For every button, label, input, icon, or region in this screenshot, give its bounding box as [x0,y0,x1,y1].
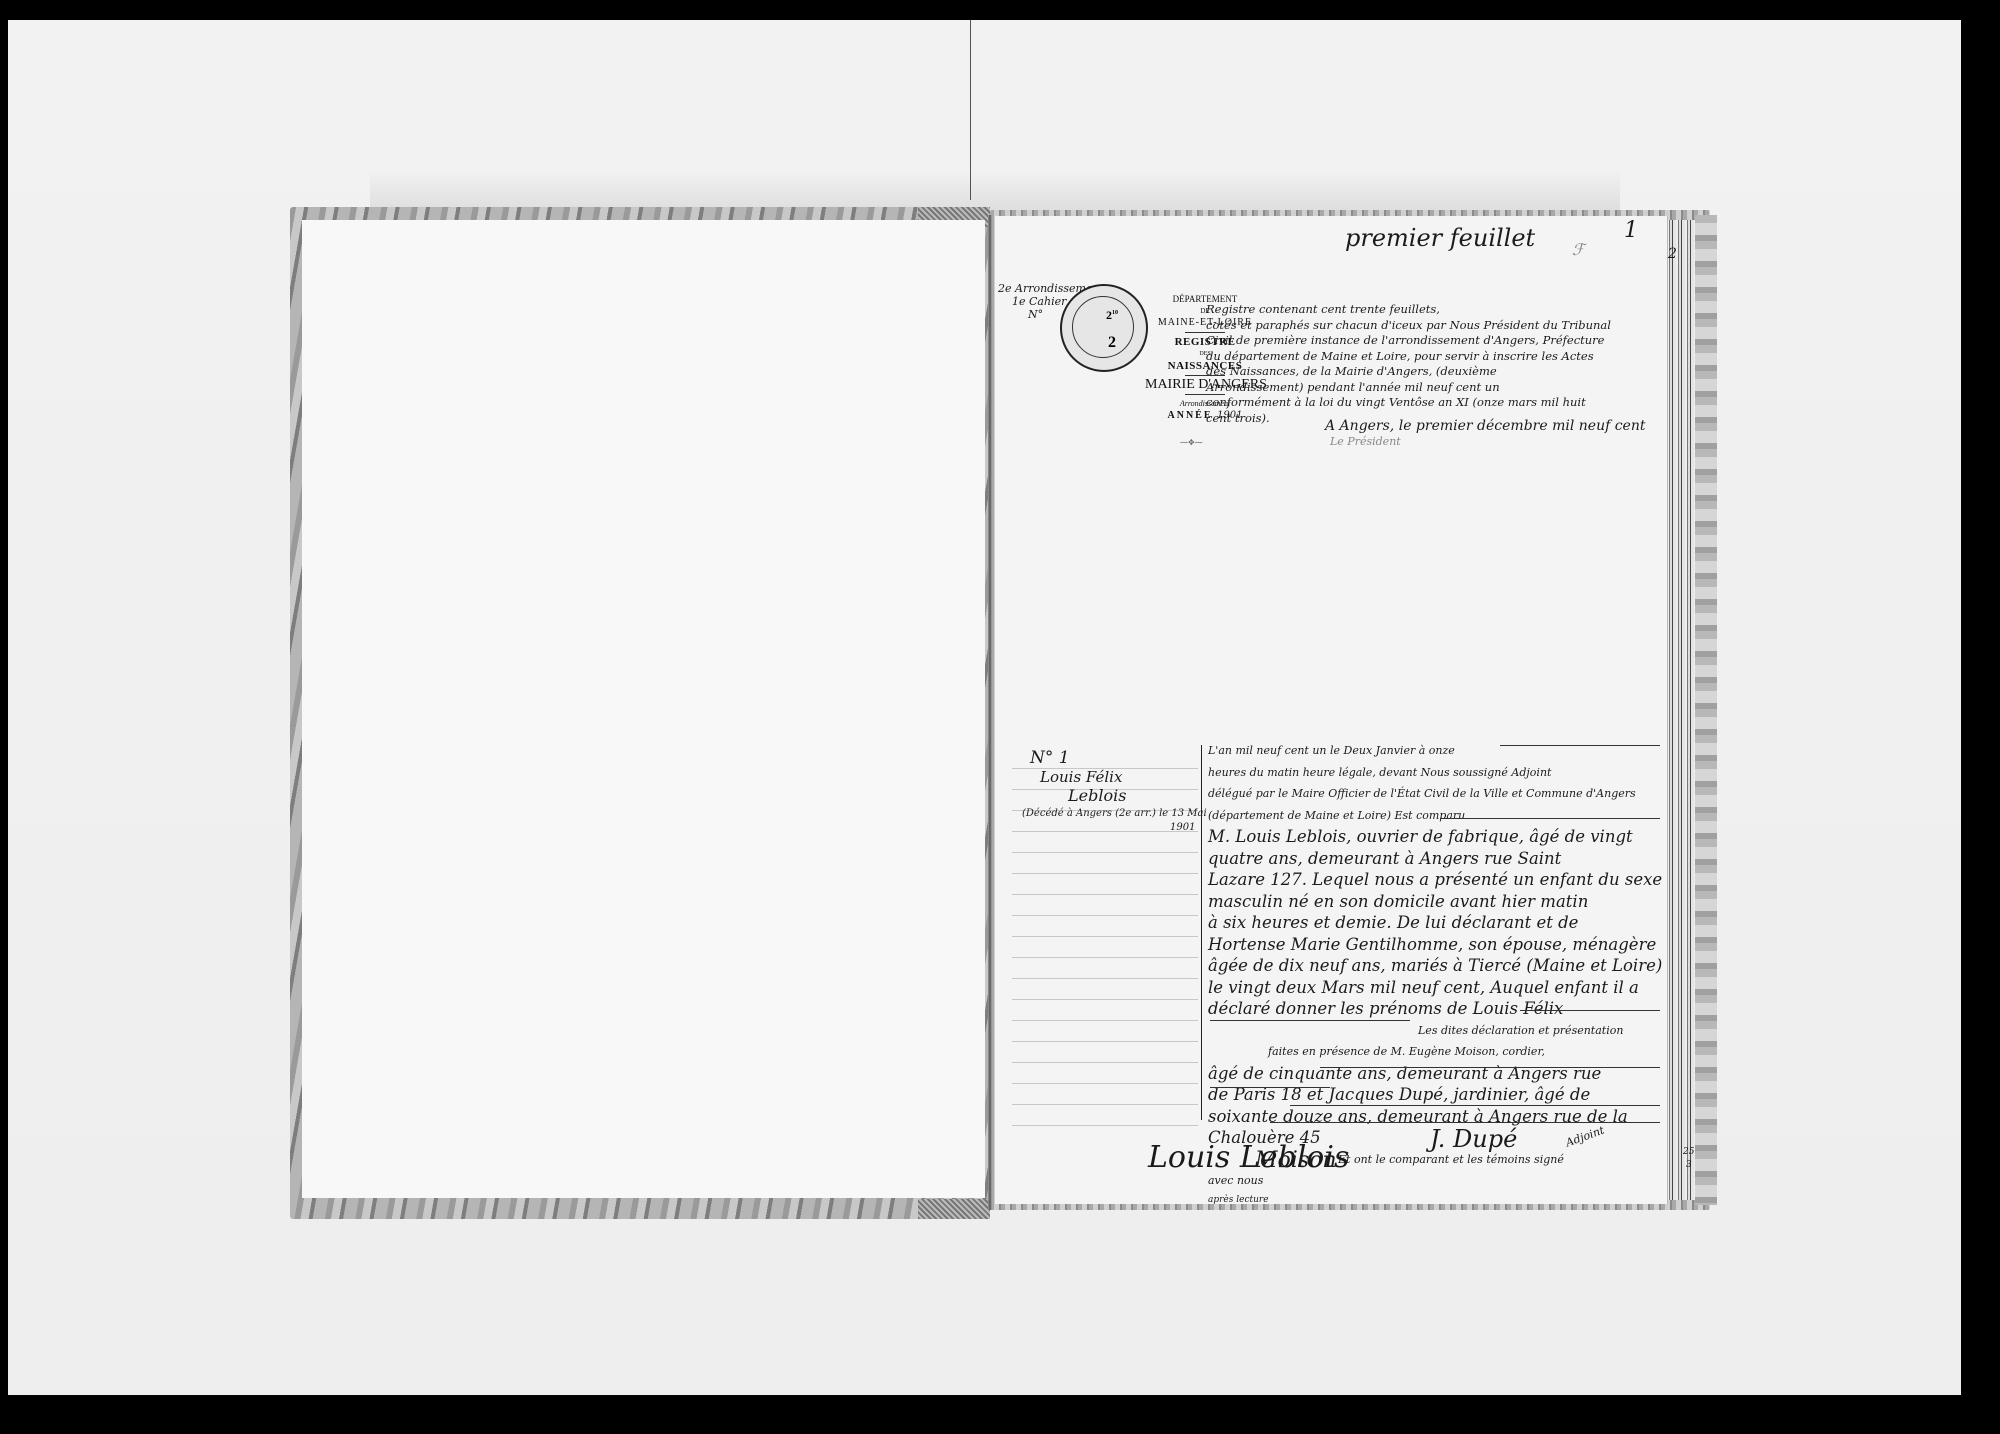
book-gutter [988,215,992,1210]
entry-number: N° 1 [1030,748,1070,768]
signature-witness-dupe: J. Dupé [1430,1125,1517,1153]
fill-line [1320,1067,1660,1068]
entry-surname: Leblois [1068,786,1126,805]
revenue-stamp: 210 2 [1060,284,1148,372]
folio-number: 1 [1624,218,1638,243]
fill-line [1520,1010,1660,1011]
cloth-corner-bottom [918,1199,990,1219]
intro-signature: Le Président [1330,435,1401,448]
stamp-value-top: 210 [1106,308,1118,323]
left-blank-page [302,220,985,1198]
entry-death-note: (Décédé à Angers (2e arr.) le 13 Mai [1022,808,1207,819]
folio-heading: premier feuillet [1345,224,1535,252]
fill-line [1210,1020,1410,1021]
fill-line [1500,745,1660,746]
fill-line [1290,1105,1660,1106]
header-ornament: ⁓✥⁓ [1180,438,1203,447]
folio-paraph: ℱ [1572,240,1585,259]
right-cover-edge [1695,215,1717,1205]
stamp-ring [1072,296,1134,358]
edge-mark: 3 [1686,1160,1692,1170]
margin-ruled-lines [1012,748,1198,1138]
fill-line [1210,1087,1330,1088]
book-shadow [370,170,1620,210]
intro-place-date: A Angers, le premier décembre mil neuf c… [1325,418,1645,434]
column-divider [1201,745,1202,1120]
stamp-value-bottom: 2 [1108,334,1116,352]
fill-line [1440,818,1660,819]
signature-witness-moison: Moison [1255,1148,1337,1173]
page-edges [1667,220,1695,1200]
register-intro-paragraph: Registre contenant cent trente feuillets… [1206,302,1611,426]
corner-mark: 2 [1668,246,1677,262]
entry-given-names: Louis Félix [1040,768,1122,786]
entry-death-year: 1901 [1170,822,1195,833]
edge-mark: 25 [1683,1147,1694,1157]
